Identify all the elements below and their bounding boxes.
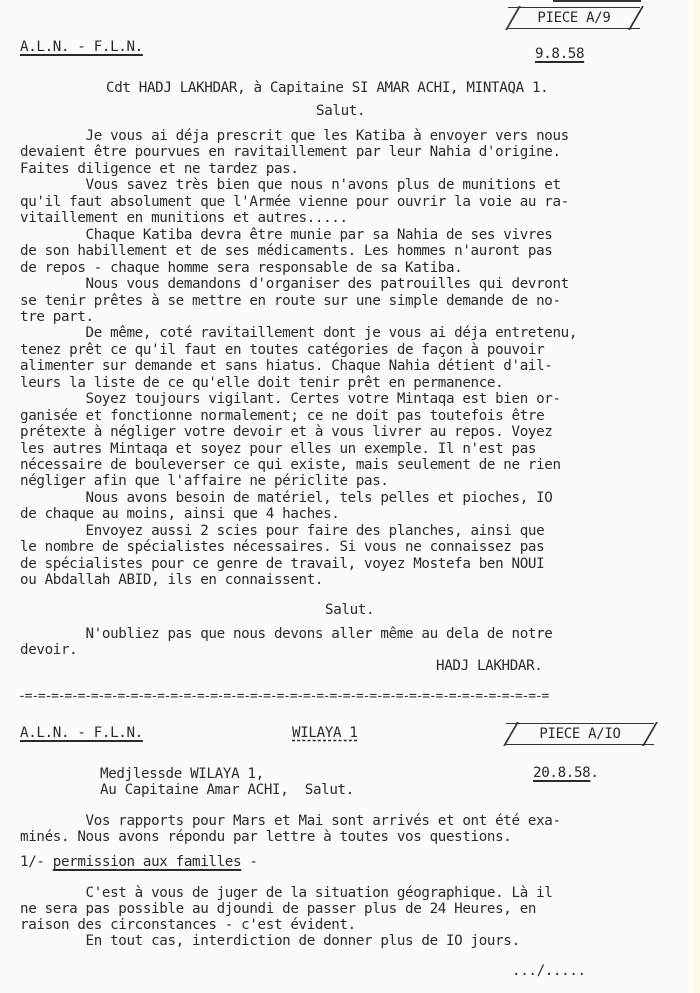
text-line: alimenter sur demande et sans hiatus. Ch… bbox=[20, 358, 552, 374]
text-line: Je vous ai déja prescrit que les Katiba … bbox=[20, 128, 569, 144]
piece-label-2: PIECE A/IO bbox=[539, 726, 620, 742]
text-line: le nombre de spécialistes nécessaires. S… bbox=[20, 539, 544, 555]
text-line: Chaque Katiba devra être munie par sa Na… bbox=[20, 227, 552, 243]
recipient-line: Au Capitaine Amar ACHI, Salut. bbox=[100, 782, 354, 798]
letter-date: 9.8.58 bbox=[535, 46, 584, 62]
closing-salutation: Salut. bbox=[325, 602, 374, 618]
greeting: Salut. bbox=[316, 103, 365, 119]
org-header: A.L.N. - F.L.N. bbox=[20, 39, 143, 55]
text-line: qu'il faut absolument que l'Armée vienne… bbox=[20, 194, 569, 210]
piece-label-box: PIECE A/9 bbox=[508, 7, 640, 29]
piece-label: PIECE A/9 bbox=[537, 10, 610, 26]
text-line: raison des circonstances - c'est évident… bbox=[20, 917, 356, 933]
text-line: nécessaire de bouleverser ce qui existe,… bbox=[20, 457, 561, 473]
text-line: N'oubliez pas que nous devons aller même… bbox=[20, 626, 552, 642]
text-line: Nous avons besoin de matériel, tels pell… bbox=[20, 490, 552, 506]
org-header-2: A.L.N. - F.L.N. bbox=[20, 725, 143, 741]
text-line: ne sera pas possible au djoundi de passe… bbox=[20, 901, 536, 917]
continuation-mark: .../..... bbox=[512, 963, 586, 979]
separator-line: -=-=-=-=-=-=-=-=-=-=-=-=-=-=-=-=-=-=-=-=… bbox=[18, 689, 548, 704]
text-line: C'est à vous de juger de la situation gé… bbox=[20, 885, 552, 901]
text-line: ganisée et fonctionne normalement; ce ne… bbox=[20, 408, 544, 424]
text-line: Envoyez aussi 2 scies pour faire des pla… bbox=[20, 523, 544, 539]
text-line: De même, coté ravitaillement dont je vou… bbox=[20, 325, 577, 341]
text-line: Vos rapports pour Mars et Mai sont arriv… bbox=[20, 813, 561, 829]
text-line: prétexte à négliger votre devoir et à vo… bbox=[20, 424, 552, 440]
piece-label-box-2: PIECE A/IO bbox=[506, 723, 654, 745]
signature: HADJ LAKHDAR. bbox=[436, 658, 543, 674]
text-line: Vous savez très bien que nous n'avons pl… bbox=[20, 177, 561, 193]
top-rule bbox=[553, 0, 641, 2]
text-line: ou Abdallah ABID, ils en connaissent. bbox=[20, 572, 323, 588]
text-line: de repos - chaque homme sera responsable… bbox=[20, 260, 462, 276]
text-line: Nous vous demandons d'organiser des patr… bbox=[20, 276, 569, 292]
text-line: de spécialistes pour ce genre de travail… bbox=[20, 556, 544, 572]
text-line: négliger afin que l'affaire ne périclite… bbox=[20, 473, 389, 489]
letter-date-2: 20.8.58. bbox=[533, 765, 599, 781]
text-line: Faites diligence et ne tardez pas. bbox=[20, 161, 299, 177]
page-edge bbox=[694, 0, 700, 993]
addressee-line: Cdt HADJ LAKHDAR, à Capitaine SI AMAR AC… bbox=[106, 80, 548, 96]
text-line: En tout cas, interdiction de donner plus… bbox=[20, 933, 520, 949]
text-line: minés. Nous avons répondu par lettre à t… bbox=[20, 829, 512, 845]
section-number: 1/- bbox=[20, 854, 45, 870]
text-line: les autres Mintaqa et soyez pour elles u… bbox=[20, 441, 536, 457]
text-line: Soyez toujours vigilant. Certes votre Mi… bbox=[20, 391, 561, 407]
text-line: de son habillement et de ses médicaments… bbox=[20, 243, 552, 259]
text-line: devaient être pourvues en ravitaillement… bbox=[20, 144, 561, 160]
text-line: de chaque au moins, ainsi que 4 haches. bbox=[20, 506, 339, 522]
wilaya-header: WILAYA 1 bbox=[292, 725, 358, 741]
section-title: permission aux familles bbox=[53, 854, 241, 870]
section-dash: - bbox=[249, 854, 257, 870]
text-line: tenez prêt ce qu'il faut en toutes catég… bbox=[20, 342, 544, 358]
text-line: se tenir prêtes à se mettre en route sur… bbox=[20, 293, 561, 309]
section-heading: 1/- permission aux familles - bbox=[20, 854, 258, 870]
text-line: leurs la liste de ce qu'elle doit tenir … bbox=[20, 375, 503, 391]
text-line: vitaillement en munitions et autres..... bbox=[20, 210, 348, 226]
text-line: devoir. bbox=[20, 642, 77, 658]
text-line: tre part. bbox=[20, 309, 94, 325]
sender-line: Medjlessde WILAYA 1, bbox=[100, 766, 264, 782]
